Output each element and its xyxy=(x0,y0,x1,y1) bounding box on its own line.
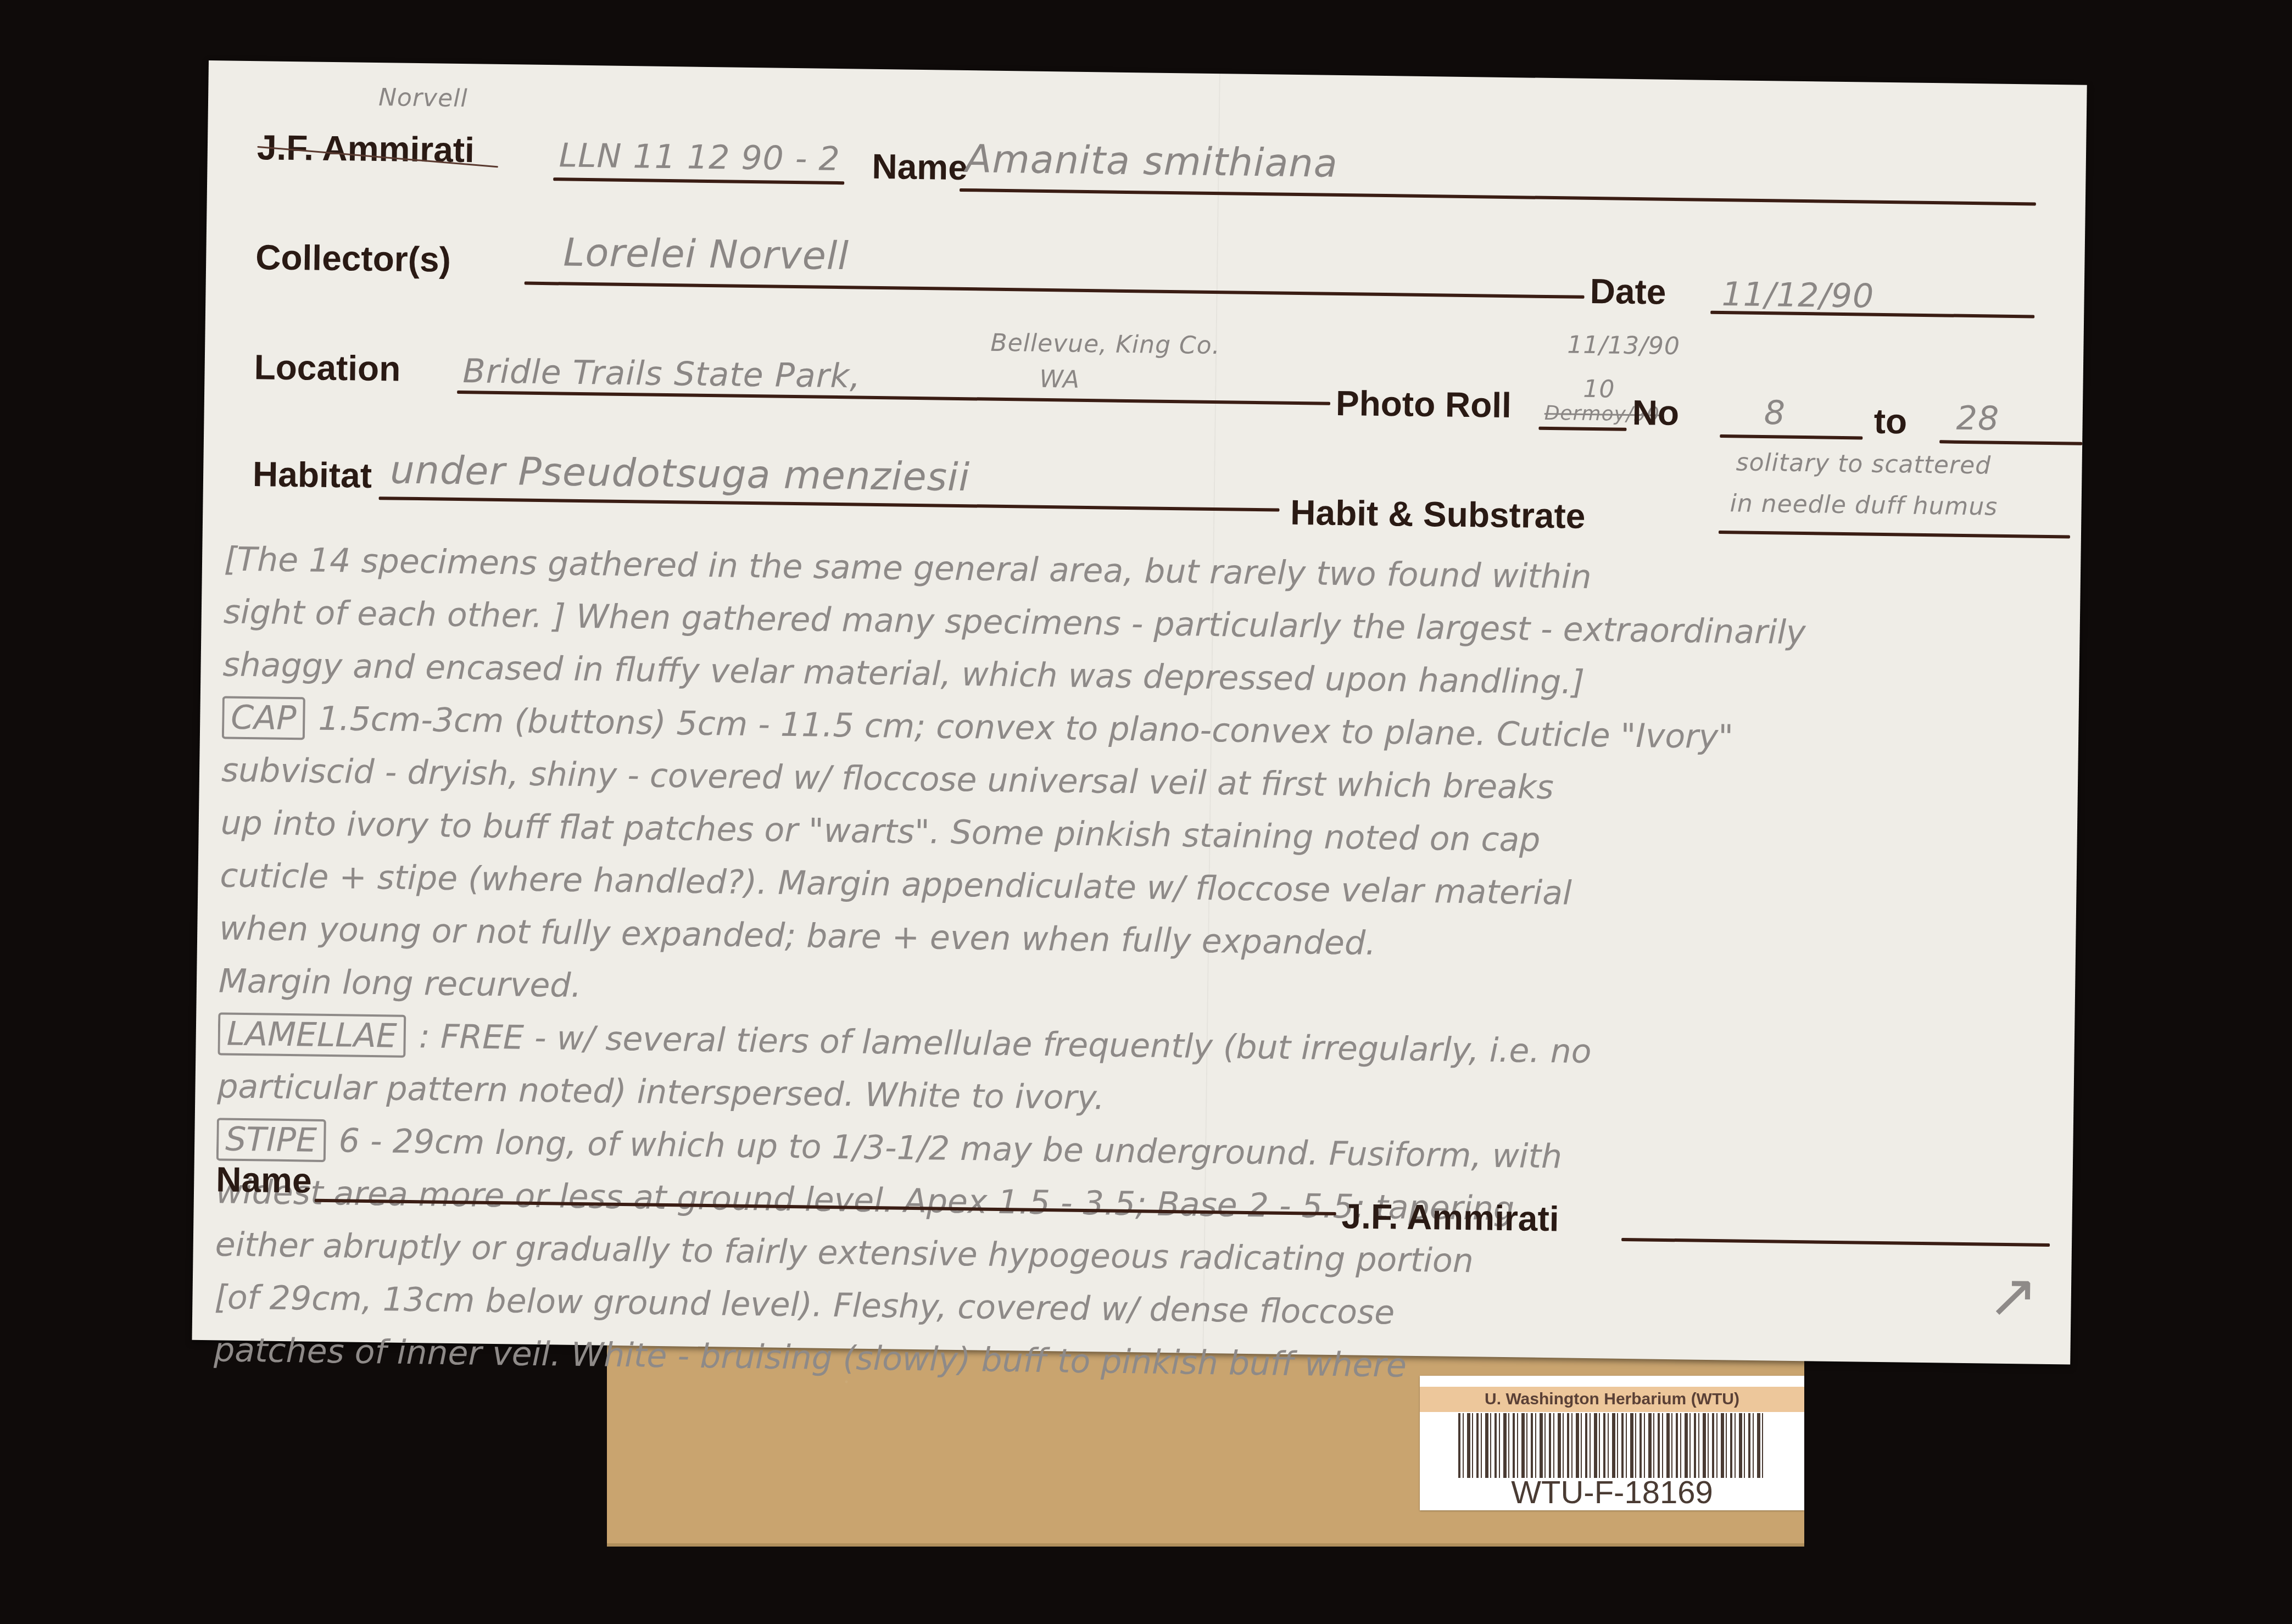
collector-correction: Norvell xyxy=(378,83,468,113)
collection-card: Norvell J.F. Ammirati LLN 11 12 90 - 2 N… xyxy=(192,60,2087,1365)
lamellae-text: : FREE - w/ several tiers of lamellulae … xyxy=(419,1017,1592,1071)
habitat-value: under Pseudotsuga menziesii xyxy=(390,447,971,500)
continue-arrow-icon: ↗ xyxy=(1987,1260,2039,1331)
catalog-number: WTU-F-18169 xyxy=(1420,1476,1804,1510)
to-label: to xyxy=(1873,401,1907,442)
date-value: 11/12/90 xyxy=(1721,275,1874,316)
barcode-icon xyxy=(1458,1413,1766,1478)
cap-tag: CAP xyxy=(222,696,305,740)
herbarium-label: U. Washington Herbarium (WTU) WTU-F-1816… xyxy=(1420,1376,1804,1510)
no-to-line xyxy=(1939,440,2082,445)
stipe-text: 6 - 29cm long, of which up to 1/3-1/2 ma… xyxy=(338,1121,1562,1176)
habit-value-1: solitary to scattered xyxy=(1736,448,1991,479)
no-to: 28 xyxy=(1956,399,1999,438)
habit-value-2: in needle duff humus xyxy=(1730,489,1998,521)
habit-line xyxy=(1719,531,2070,538)
name-label: Name xyxy=(872,146,968,188)
location-annotation-2: WA xyxy=(1039,365,1080,394)
photo-roll-label: Photo Roll xyxy=(1336,383,1512,426)
collectors-value: Lorelei Norvell xyxy=(563,230,849,278)
collectors-label: Collector(s) xyxy=(255,237,451,280)
location-line xyxy=(457,390,1330,405)
date-label: Date xyxy=(1590,271,1666,312)
no-from-line xyxy=(1720,434,1862,439)
footer-name-label: Name xyxy=(216,1159,312,1201)
photo-roll-corrected: 11/13/90 xyxy=(1567,331,1680,360)
no-label: No xyxy=(1632,392,1679,433)
collection-number: LLN 11 12 90 - 2 xyxy=(559,136,840,178)
location-value: Bridle Trails State Park, xyxy=(462,352,861,395)
lamellae-tag: LAMELLAE xyxy=(218,1012,406,1057)
location-annotation-1: Bellevue, King Co. xyxy=(990,329,1220,360)
name-value: Amanita smithiana xyxy=(965,136,1338,186)
institution-name: U. Washington Herbarium (WTU) xyxy=(1420,1387,1804,1412)
location-label: Location xyxy=(254,347,401,389)
stipe-tag: STIPE xyxy=(216,1118,326,1162)
name-line xyxy=(960,188,2036,206)
description-notes: [The 14 specimens gathered in the same g… xyxy=(214,533,2059,1400)
footer-ammirati-label: J.F. Ammirati xyxy=(1341,1196,1559,1239)
photo-roll-line xyxy=(1538,427,1626,431)
photo-roll-marker: 10 xyxy=(1583,375,1615,404)
habit-substrate-label: Habit & Substrate xyxy=(1290,492,1586,537)
no-from: 8 xyxy=(1764,394,1786,433)
collectors-line xyxy=(525,282,1585,299)
habitat-label: Habitat xyxy=(253,454,372,496)
habitat-line xyxy=(379,496,1280,511)
collection-number-line xyxy=(553,177,844,185)
